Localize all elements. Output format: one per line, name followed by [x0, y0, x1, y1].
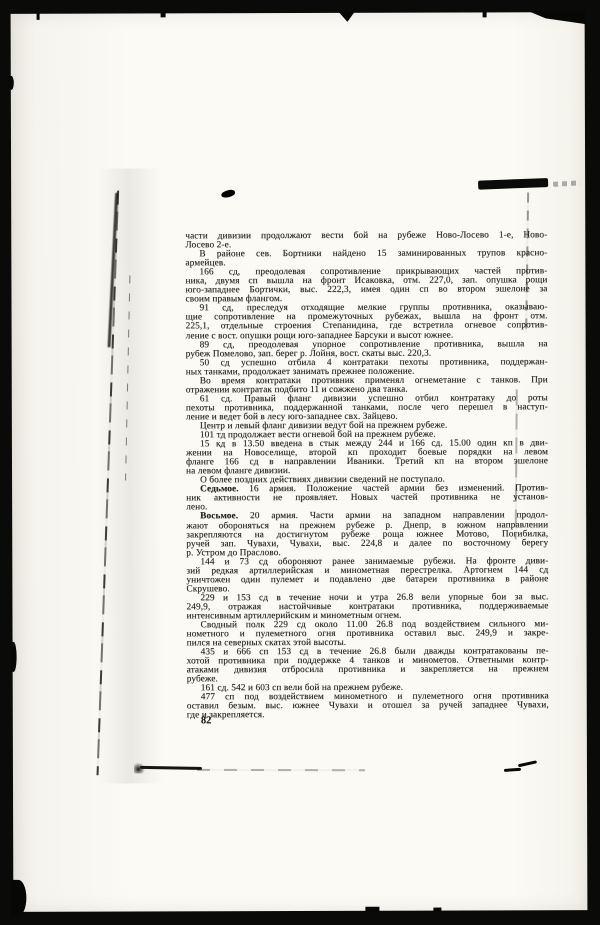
document-text: части дивизии продолжают вести бой на ру…	[185, 231, 549, 721]
paragraph: 144 и 73 сд обороняют ранее занимаемые р…	[186, 557, 548, 594]
text-line: уничтожен один пулемет и подавлено две б…	[186, 575, 548, 585]
paragraph: 91 сд, преследуя отходящие мелкие группы…	[186, 304, 548, 341]
scan-edge-artifact	[9, 76, 14, 90]
redaction-dash-marks	[553, 180, 580, 186]
paragraph: 435 и 666 сп 153 сд в течение 26.8 были …	[187, 647, 549, 684]
text-line: атаками дивизия отбросила противника и з…	[187, 665, 549, 675]
scan-edge-artifact	[339, 12, 355, 22]
text-line: ник активности не проявляет. Новых часте…	[186, 494, 548, 504]
scanned-page: части дивизии продолжают вести бой на ру…	[11, 12, 588, 912]
paragraph: Восьмое. 20 армия. Части армии на западн…	[186, 512, 548, 558]
black-redaction-mark	[478, 178, 548, 190]
ink-blot	[221, 189, 236, 198]
paragraph: 50 сд успешно отбила 4 контратаки пехоты…	[186, 358, 548, 377]
paragraph: Сводный полк 229 сд около 11.00 26.8 под…	[187, 620, 549, 648]
scan-edge-artifact	[483, 11, 487, 17]
text-line: где и закрепляется.	[187, 711, 549, 721]
text-line: части дивизии продолжают вести бой на ру…	[185, 231, 547, 241]
paragraph: 89 сд, преодолевая упорное сопротивление…	[186, 340, 548, 359]
scan-edge-artifact	[37, 13, 40, 20]
paragraph: 61 сд. Правый фланг дивизии успешно отби…	[186, 394, 548, 422]
scratch-mark	[504, 768, 521, 772]
scan-edge-artifact	[161, 12, 166, 17]
scan-edge-artifact	[365, 907, 379, 912]
page-number: 82	[201, 715, 212, 726]
scan-edge-artifact	[433, 908, 441, 912]
paragraph: 15 кд в 13.50 введена в стык между 244 и…	[186, 439, 548, 476]
scan-background: { "page_number": "82", "colors": { "scan…	[0, 0, 600, 925]
paragraph: 477 сп под воздействием минометного и пу…	[187, 693, 549, 721]
paragraph: Во время контратаки противник применял о…	[186, 376, 548, 395]
fold-horizontal-line-faint	[197, 769, 365, 771]
scan-edge-artifact	[529, 11, 586, 24]
scan-edge-artifact	[11, 642, 17, 672]
scan-edge-artifact	[10, 880, 26, 916]
text-line: В районе сев. Бортники найдено 15 замини…	[185, 249, 547, 259]
paragraph: 166 сд, преодолевая сопротивление прикры…	[185, 267, 547, 304]
paragraph: 229 и 153 сд в течение ночи и утра 26.8 …	[186, 593, 548, 621]
scratch-mark	[518, 760, 537, 767]
paragraph: Седьмое. 16 армия. Положение частей арми…	[186, 485, 548, 513]
